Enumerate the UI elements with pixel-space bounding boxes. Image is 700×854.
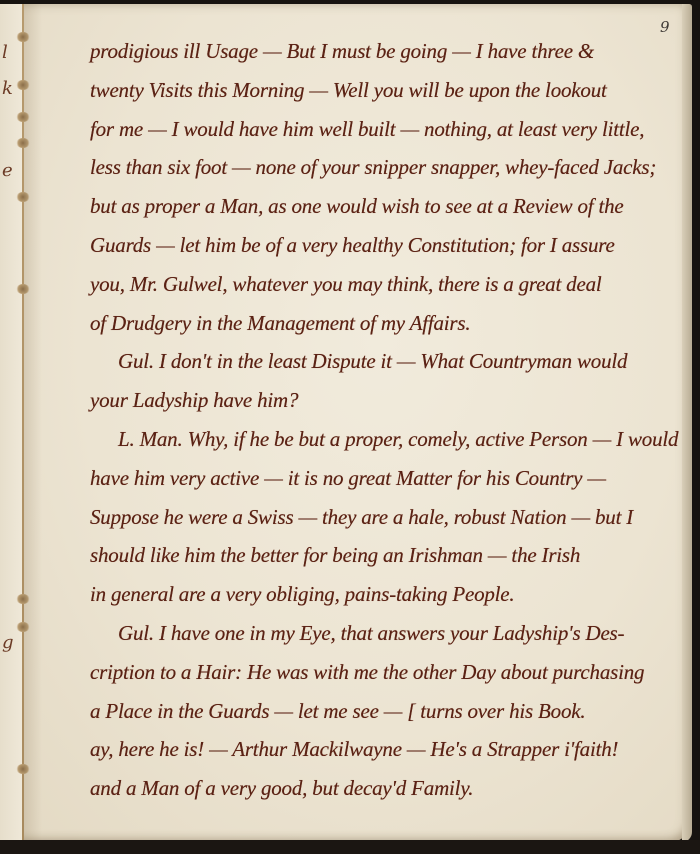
manuscript-page: l k e g 9 prodigious ill Usage — But I m… — [0, 4, 692, 842]
text-line: cription to a Hair: He was with me the o… — [90, 653, 680, 692]
previous-page-fragment: k — [2, 80, 13, 98]
text-line: ay, here he is! — Arthur Mackilwayne — H… — [90, 730, 680, 769]
text-line: should like him the better for being an … — [90, 536, 680, 575]
speech-line-gulwel: Gul. I have one in my Eye, that answers … — [90, 614, 680, 653]
scan-frame: l k e g 9 prodigious ill Usage — But I m… — [0, 0, 700, 854]
text-line: in general are a very obliging, pains-ta… — [90, 575, 680, 614]
page-edge — [682, 4, 692, 842]
text-line: and a Man of a very good, but decay'd Fa… — [90, 769, 680, 808]
previous-page-fragment: g — [2, 634, 14, 652]
speech-line-lady-man: L. Man. Why, if he be but a proper, come… — [90, 420, 680, 459]
text-line: twenty Visits this Morning — Well you wi… — [90, 71, 680, 110]
text-line: prodigious ill Usage — But I must be goi… — [90, 32, 680, 71]
text-line: Guards — let him be of a very healthy Co… — [90, 226, 680, 265]
scan-border-bottom — [0, 840, 700, 854]
text-line: a Place in the Guards — let me see — [ t… — [90, 692, 680, 731]
text-line: you, Mr. Gulwel, whatever you may think,… — [90, 265, 680, 304]
text-line: Suppose he were a Swiss — they are a hal… — [90, 498, 680, 537]
gutter-shadow — [24, 4, 42, 842]
manuscript-text: prodigious ill Usage — But I must be goi… — [90, 32, 680, 808]
text-line: your Ladyship have him? — [90, 381, 680, 420]
previous-page-fragment: e — [2, 162, 13, 180]
previous-page-fragment: l — [2, 44, 8, 62]
text-line: but as proper a Man, as one would wish t… — [90, 187, 680, 226]
text-line: of Drudgery in the Management of my Affa… — [90, 304, 680, 343]
previous-page-edge: l k e g — [0, 4, 22, 842]
speech-line-gulwel: Gul. I don't in the least Dispute it — W… — [90, 342, 680, 381]
text-line: less than six foot — none of your snippe… — [90, 148, 680, 187]
text-line: have him very active — it is no great Ma… — [90, 459, 680, 498]
text-line: for me — I would have him well built — n… — [90, 110, 680, 149]
